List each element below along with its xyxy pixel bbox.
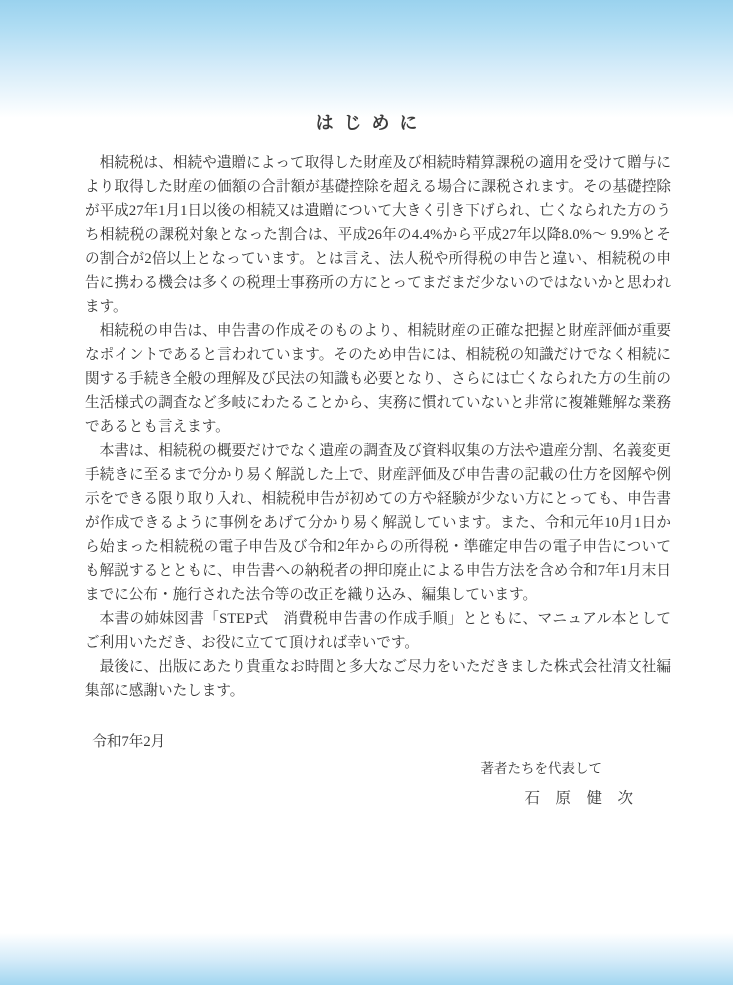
author-signature: 石 原 健 次: [85, 787, 671, 811]
footer-gradient-band: [0, 933, 733, 985]
page-title: はじめに: [0, 109, 733, 135]
preface-paragraph: 本書は、相続税の概要だけでなく遺産の調査及び資料収集の方法や遺産分割、名義変更手…: [85, 439, 671, 607]
preface-body: 相続税は、相続や遺贈によって取得した財産及び相続時精算課税の適用を受けて贈与によ…: [85, 151, 671, 811]
date-line: 令和7年2月: [85, 730, 671, 754]
preface-paragraph: 最後に、出版にあたり貴重なお時間と多大なご尽力をいただきました株式会社清文社編集…: [85, 655, 671, 703]
header-gradient-band: [0, 0, 733, 118]
preface-paragraph: 本書の姉妹図書「STEP式 消費税申告書の作成手順」とともに、マニュアル本として…: [85, 607, 671, 655]
on-behalf-of-authors-line: 著者たちを代表して: [85, 758, 671, 780]
preface-paragraph: 相続税の申告は、申告書の作成そのものより、相続財産の正確な把握と財産評価が重要な…: [85, 319, 671, 439]
preface-paragraph: 相続税は、相続や遺贈によって取得した財産及び相続時精算課税の適用を受けて贈与によ…: [85, 151, 671, 319]
book-preface-page: はじめに 相続税は、相続や遺贈によって取得した財産及び相続時精算課税の適用を受け…: [0, 0, 733, 1000]
